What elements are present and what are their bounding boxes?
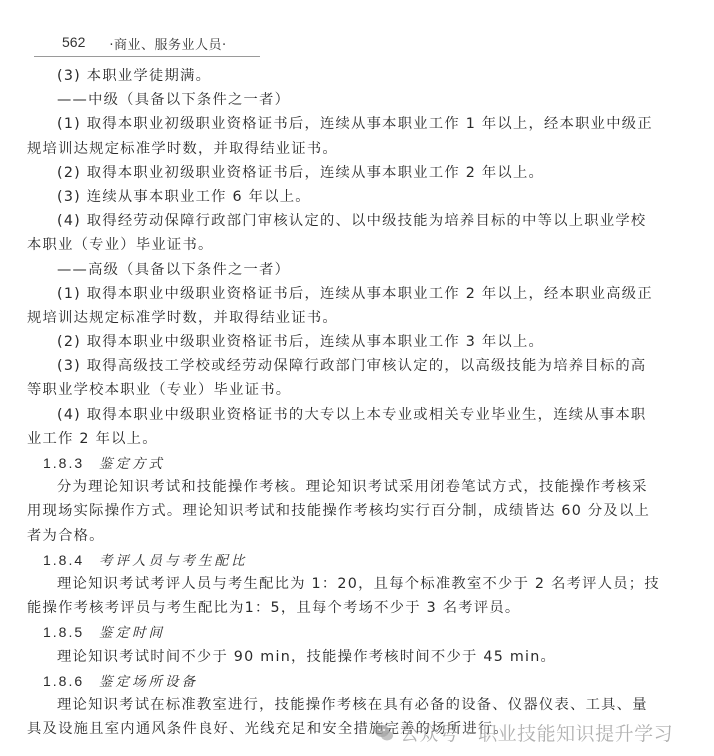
paragraph-line: 理论知识考试考评人员与考生配比为 1：20，且每个标准教室不少于 2 名考评人员…: [27, 572, 687, 596]
paragraph-line: 本职业（专业）毕业证书。: [27, 233, 687, 257]
subsection-label-intermediate: ——中级（具备以下条件之一者）: [27, 88, 687, 112]
paragraph-line: (2) 取得本职业中级职业资格证书后，连续从事本职业工作 3 年以上。: [27, 330, 687, 354]
paragraph-line: (4) 取得本职业中级职业资格证书的大专以上本专业或相关专业毕业生，连续从事本职: [27, 403, 687, 427]
watermark: 公众号 · 职业技能知识提升学习: [374, 719, 673, 746]
section-number: 1.8.6: [43, 669, 99, 693]
paragraph-line: 业工作 2 年以上。: [27, 427, 687, 451]
section-number: 1.8.5: [43, 620, 99, 644]
paragraph-line: 理论知识考试时间不少于 90 min，技能操作考核时间不少于 45 min。: [27, 645, 687, 669]
section-title: 鉴定场所设备: [99, 674, 198, 690]
body-text: (3) 本职业学徒期满。 ——中级（具备以下条件之一者） (1) 取得本职业初级…: [27, 64, 687, 741]
section-number: 1.8.4: [43, 548, 99, 572]
paragraph-line: 分为理论知识考试和技能操作考核。理论知识考试采用闭卷笔试方式，技能操作考核采: [27, 475, 687, 499]
section-heading-1-8-4: 1.8.4考评人员与考生配比: [27, 548, 687, 572]
paragraph-line: (1) 取得本职业初级职业资格证书后，连续从事本职业工作 1 年以上，经本职业中…: [27, 112, 687, 136]
paragraph-line: (3) 取得高级技工学校或经劳动保障行政部门审核认定的，以高级技能为培养目标的高: [27, 354, 687, 378]
document-page: 562 ·商业、服务业人员· (3) 本职业学徒期满。 ——中级（具备以下条件之…: [0, 0, 714, 756]
section-title: 鉴定时间: [99, 625, 165, 641]
section-heading-1-8-3: 1.8.3鉴定方式: [27, 451, 687, 475]
section-heading-1-8-5: 1.8.5鉴定时间: [27, 620, 687, 644]
section-number: 1.8.3: [43, 451, 99, 475]
paragraph-line: (2) 取得本职业初级职业资格证书后，连续从事本职业工作 2 年以上。: [27, 161, 687, 185]
section-title: 考评人员与考生配比: [99, 553, 248, 569]
paragraph-line: 规培训达规定标准学时数，并取得结业证书。: [27, 306, 687, 330]
paragraph-line: (1) 取得本职业中级职业资格证书后，连续从事本职业工作 2 年以上，经本职业高…: [27, 282, 687, 306]
paragraph-line: 者为合格。: [27, 524, 687, 548]
page-number: 562: [62, 34, 85, 50]
paragraph-line: 规培训达规定标准学时数，并取得结业证书。: [27, 137, 687, 161]
watermark-text: 公众号 · 职业技能知识提升学习: [400, 719, 673, 746]
wechat-icon: [374, 723, 394, 743]
subsection-label-advanced: ——高级（具备以下条件之一者）: [27, 258, 687, 282]
paragraph-line: (3) 本职业学徒期满。: [27, 64, 687, 88]
paragraph-line: 用现场实际操作方式。理论知识考试和技能操作考核均实行百分制，成绩皆达 60 分及…: [27, 499, 687, 523]
paragraph-line: 等职业学校本职业（专业）毕业证书。: [27, 378, 687, 402]
section-title: 鉴定方式: [99, 456, 165, 472]
paragraph-line: 理论知识考试在标准教室进行，技能操作考核在具有必备的设备、仪器仪表、工具、量: [27, 693, 687, 717]
paragraph-line: 能操作考核考评员与考生配比为1：5，且每个考场不少于 3 名考评员。: [27, 596, 687, 620]
paragraph-line: (3) 连续从事本职业工作 6 年以上。: [27, 185, 687, 209]
paragraph-line: (4) 取得经劳动保障行政部门审核认定的、以中级技能为培养目标的中等以上职业学校: [27, 209, 687, 233]
running-head: 562 ·商业、服务业人员·: [34, 34, 260, 57]
section-heading-1-8-6: 1.8.6鉴定场所设备: [27, 669, 687, 693]
running-head-section: ·商业、服务业人员·: [109, 34, 226, 53]
